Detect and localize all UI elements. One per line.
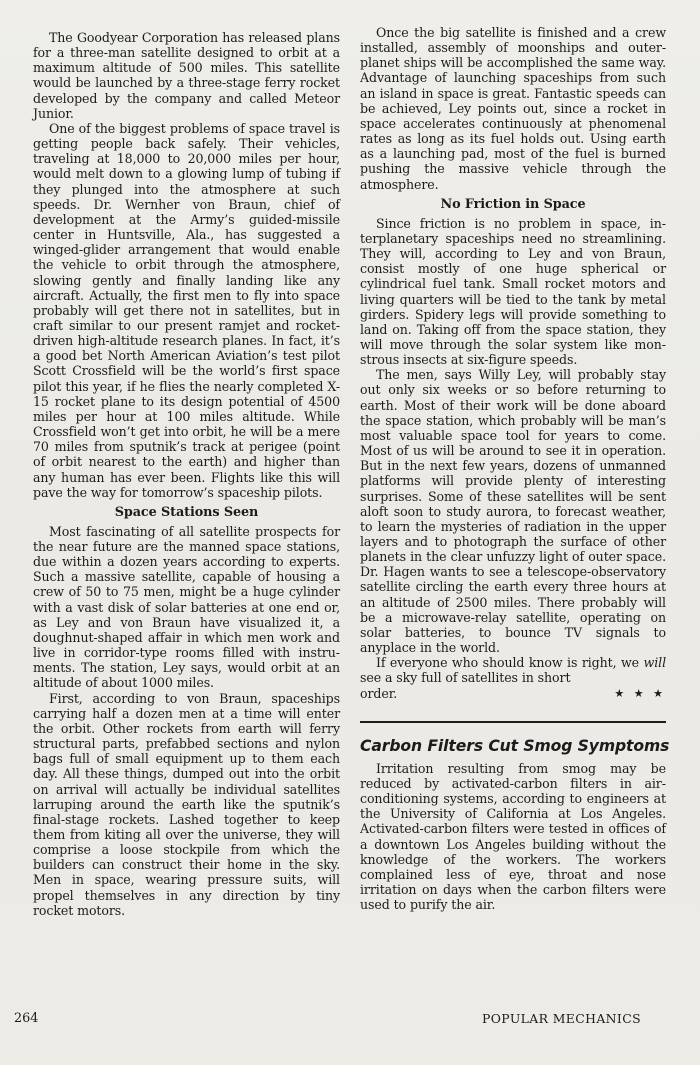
paragraph-no-friction: Since friction is no problem in space, i… xyxy=(360,216,666,368)
paragraph-willy-ley: The men, says Willy Ley, will probably s… xyxy=(360,367,666,655)
closing-emphasis: will xyxy=(644,655,666,670)
closing-last-word: order. xyxy=(360,686,397,701)
closing-lead: If everyone who should know is right, we xyxy=(376,655,639,670)
paragraph-closing: If everyone who should know is right, we… xyxy=(360,655,666,685)
sidebar-headline: Carbon Filters Cut Smog Symptoms xyxy=(360,737,666,755)
paragraph-moonships: Once the big satellite is finished and a… xyxy=(360,25,666,192)
subhead-no-friction: No Friction in Space xyxy=(360,197,666,213)
sidebar-body: Irritation resulting from smog may be re… xyxy=(360,761,666,913)
closing-rest: see a sky full of satellites in short xyxy=(360,670,570,685)
left-column: The Goodyear Corporation has released pl… xyxy=(33,30,340,918)
closing-last-line: order. ★ ★ ★ xyxy=(360,686,666,701)
magazine-page: The Goodyear Corporation has released pl… xyxy=(0,0,700,1065)
subhead-space-stations: Space Stations Seen xyxy=(33,505,340,521)
paragraph-von-braun: First, according to von Braun, space­shi… xyxy=(33,691,340,918)
page-number: 264 xyxy=(14,1011,38,1026)
paragraph-goodyear: The Goodyear Corporation has released pl… xyxy=(33,30,340,121)
end-mark-stars-icon: ★ ★ ★ xyxy=(614,686,666,701)
publication-name: POPULAR MECHANICS xyxy=(482,1011,641,1026)
right-column: Once the big satellite is finished and a… xyxy=(360,25,666,912)
paragraph-reentry: One of the biggest problems of space tra… xyxy=(33,121,340,500)
section-divider xyxy=(360,721,666,723)
paragraph-space-stations: Most fascinating of all satellite prospe… xyxy=(33,524,340,691)
